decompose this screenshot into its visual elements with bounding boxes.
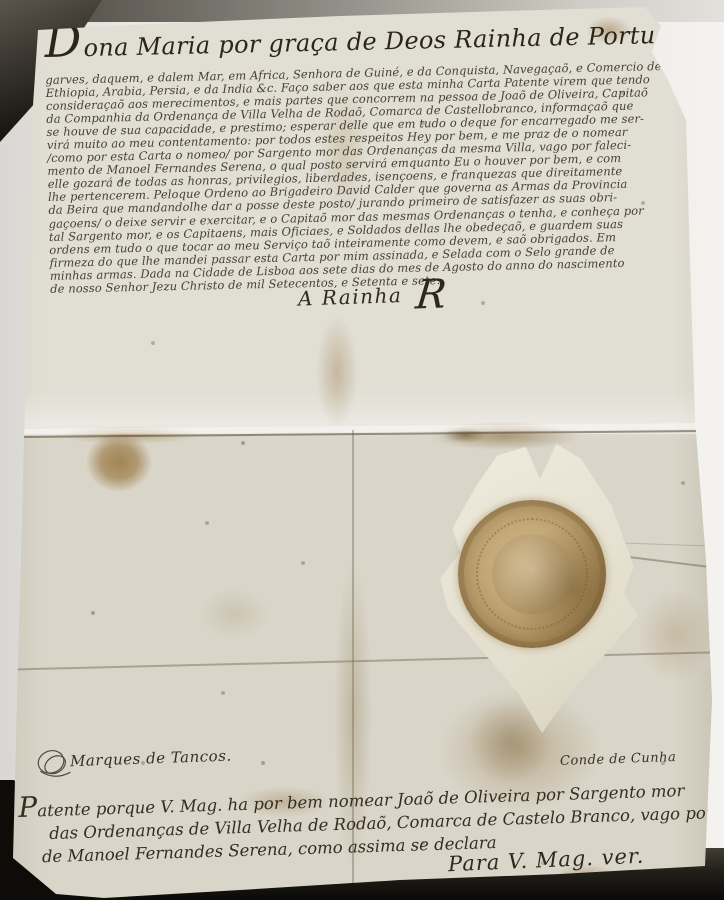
document-paper: Dona Maria por graça de Deos Rainha de P… <box>0 0 724 900</box>
royal-signature: A Rainha <box>298 283 403 311</box>
manuscript-text-block: Dona Maria por graça de Deos Rainha de P… <box>44 3 702 296</box>
signature-marques-de-tancos: Marques de Tancos. <box>33 739 232 780</box>
photographed-manuscript-scene: Dona Maria por graça de Deos Rainha de P… <box>0 0 724 900</box>
royal-monogram: R <box>415 281 449 308</box>
royal-signature-block: A Rainha R <box>298 281 449 312</box>
signature-left-label: Marques de Tancos. <box>70 747 232 771</box>
body-text: garves, daquem, e dalem Mar, em Africa, … <box>45 59 702 296</box>
fold-highlight-band <box>0 390 724 434</box>
royal-wax-seal-icon <box>458 500 606 648</box>
